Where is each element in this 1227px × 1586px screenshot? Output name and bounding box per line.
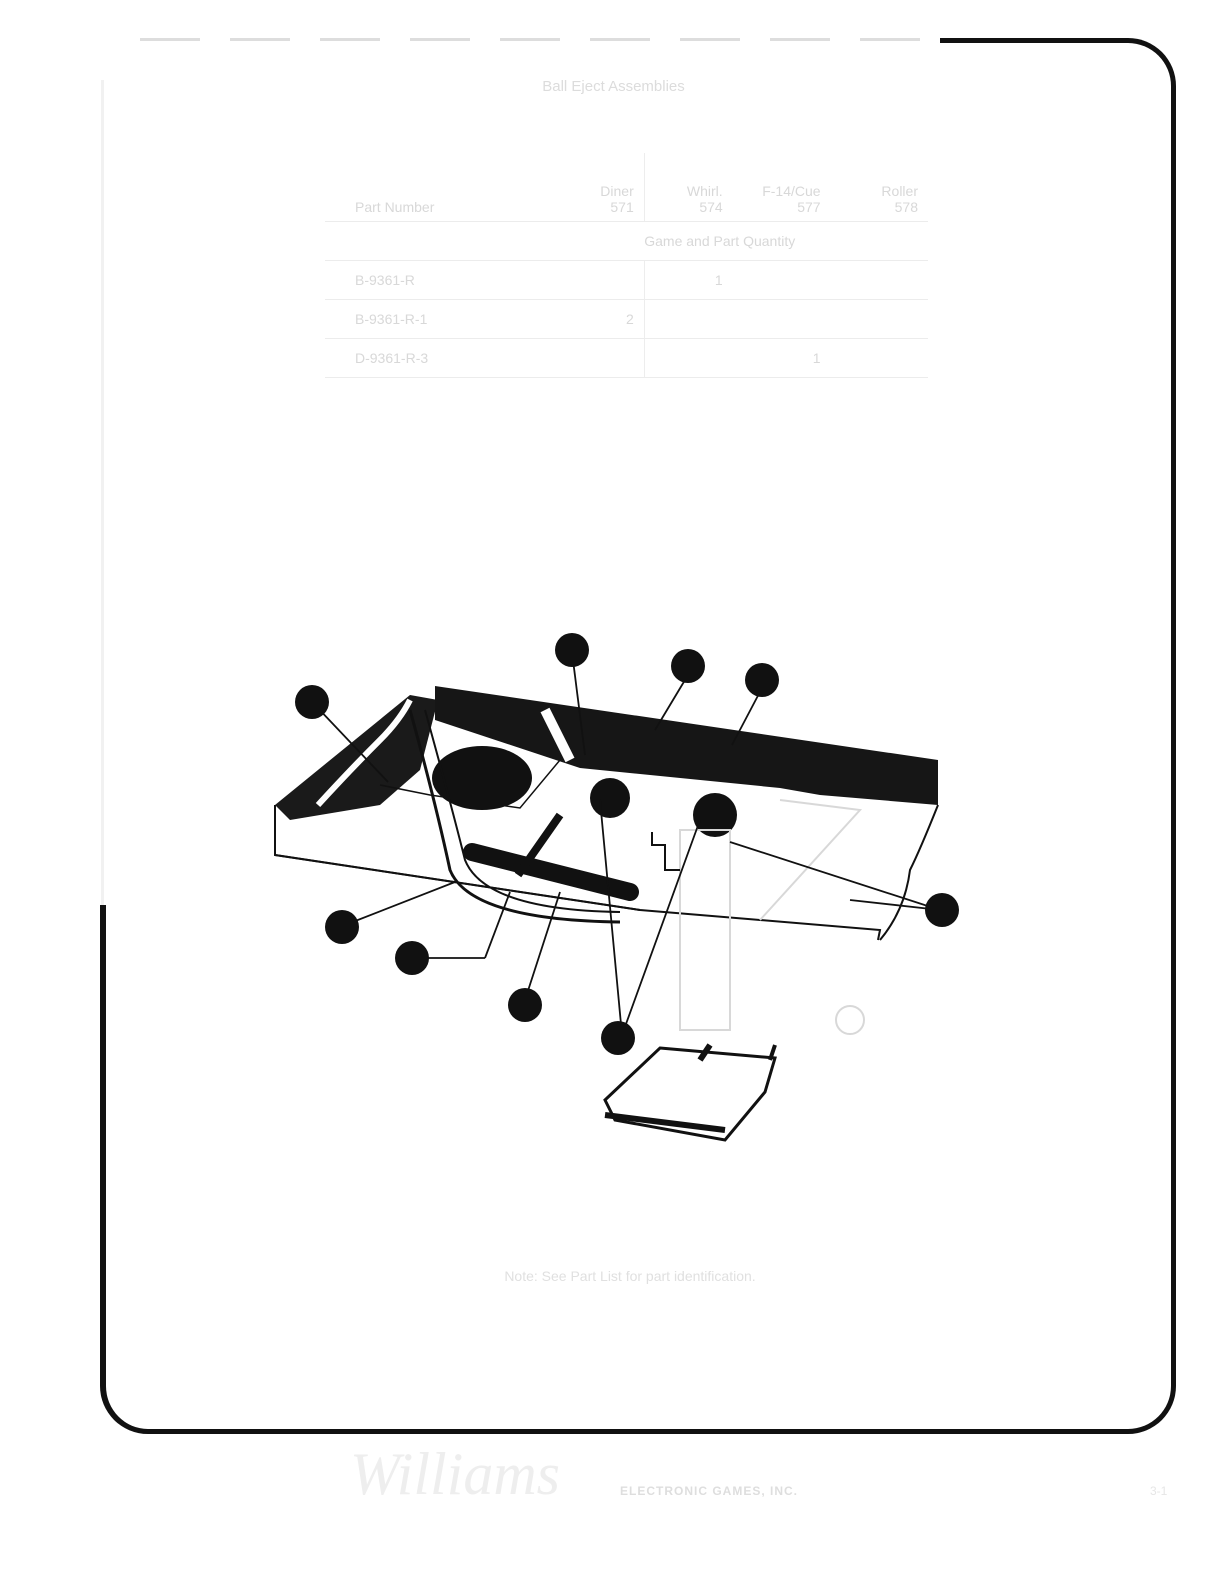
table-row: B-9361-R-1 2: [325, 300, 928, 339]
page-number: 3-1: [1150, 1484, 1167, 1498]
note-text: Note: See Part List for part identificat…: [0, 1268, 1227, 1284]
callout-8: [508, 988, 542, 1022]
frame-left-edge: [101, 80, 104, 905]
callout-7: [395, 941, 429, 975]
ball-eject-assembly-diagram: [260, 620, 980, 1150]
callout-markers: [295, 633, 959, 1055]
callout-2: [555, 633, 589, 667]
header-f14: F-14/Cue577: [733, 153, 831, 222]
subheader-game-quantity: Game and Part Quantity: [644, 222, 928, 261]
callout-4: [745, 663, 779, 697]
callout-5: [925, 893, 959, 927]
parts-table: Part Number Diner571 Whirl.574 F-14/Cue5…: [325, 153, 928, 378]
table-row: D-9361-R-3 1: [325, 339, 928, 378]
frame-top-edge: [140, 38, 940, 41]
kicker-plate: [605, 1045, 775, 1140]
callout-3: [671, 649, 705, 683]
page-title: Ball Eject Assemblies: [0, 78, 1227, 95]
header-part-number: Part Number: [325, 153, 528, 222]
callout-1: [295, 685, 329, 719]
table-row: B-9361-R 1: [325, 261, 928, 300]
callout-6: [325, 910, 359, 944]
company-name: ELECTRONIC GAMES, INC.: [620, 1484, 798, 1498]
table-header-row: Part Number Diner571 Whirl.574 F-14/Cue5…: [325, 153, 928, 222]
coil: [472, 815, 630, 892]
table-subheader-row: Game and Part Quantity: [325, 222, 928, 261]
header-whirl: Whirl.574: [644, 153, 732, 222]
williams-logo: Williams: [350, 1440, 560, 1509]
header-roller: Roller578: [831, 153, 928, 222]
callout-9: [601, 1021, 635, 1055]
grommet-left: [590, 778, 630, 818]
header-diner: Diner571: [528, 153, 644, 222]
